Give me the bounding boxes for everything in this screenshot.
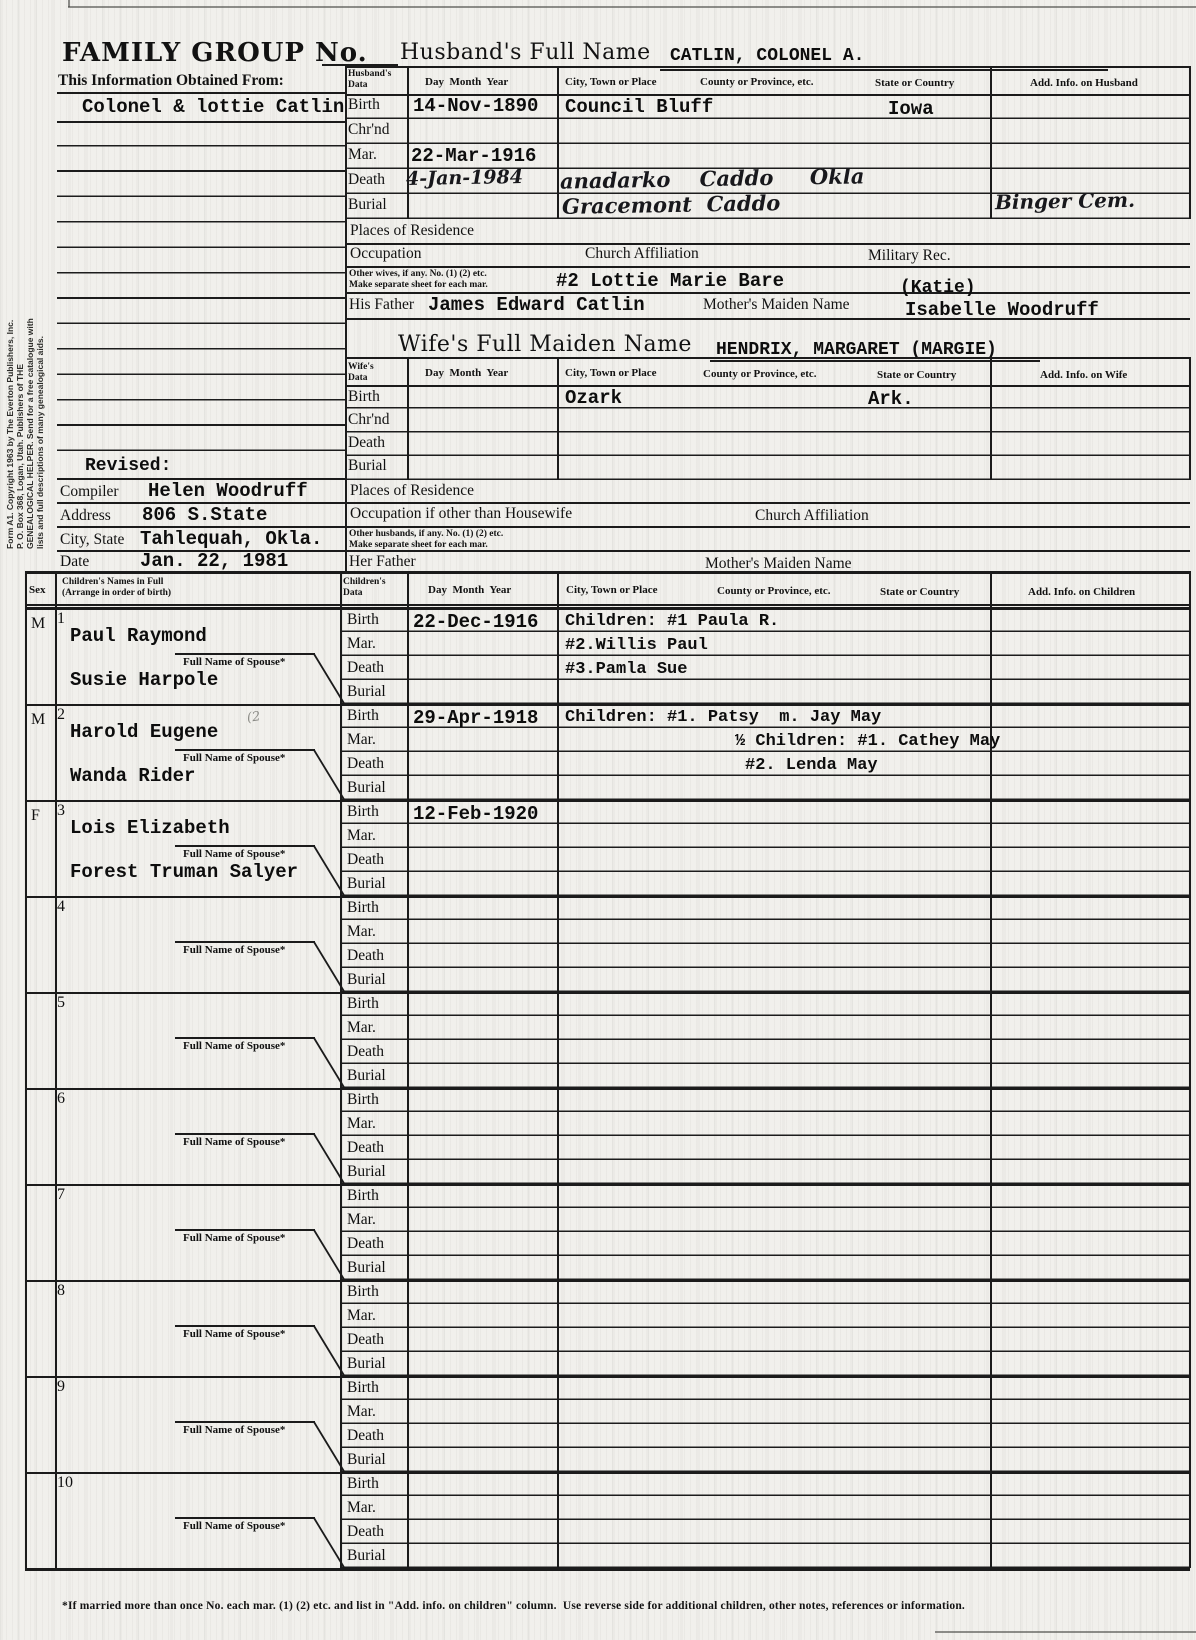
spouse-rule — [175, 1133, 315, 1135]
table-left-edge — [345, 66, 347, 571]
spouse-rule — [175, 1421, 315, 1423]
child-note: Children: #1 Paula R. — [565, 612, 779, 631]
mar-label: Mar. — [347, 1499, 376, 1517]
wife-row-rules — [345, 385, 1190, 480]
burial-label: Burial — [347, 1355, 386, 1373]
child-number: 8 — [57, 1282, 65, 1300]
burial-label: Burial — [347, 971, 386, 989]
husband-birth-date: 14-Nov-1890 — [413, 95, 538, 117]
wife-table-top — [345, 357, 1190, 359]
husband-mother-label: Mother's Maiden Name — [703, 296, 850, 314]
child-number: 10 — [57, 1474, 73, 1492]
husband-death-date-handwritten: 4-Jan-1984 — [406, 166, 523, 190]
mar-label: Mar. — [347, 1019, 376, 1037]
child-birth-date: 29-Apr-1918 — [413, 707, 538, 729]
child-note: Children: #1. Patsy m. Jay May — [565, 708, 881, 727]
spouse-label: Full Name of Spouse* — [183, 1040, 285, 1052]
his-father-label: His Father — [349, 296, 414, 314]
husband-military-label: Military Rec. — [868, 247, 951, 265]
other-wives-note: (Katie) — [900, 278, 976, 298]
mar-label: Mar. — [347, 827, 376, 845]
child-row-5: 5 Full Name of Spouse* Birth Mar. Death … — [25, 992, 1190, 1090]
child-number: 1 — [57, 610, 65, 628]
revised-label: Revised: — [85, 456, 171, 476]
birth-label: Birth — [347, 1475, 379, 1493]
col-addinfo-header: Add. Info. on Wife — [1040, 369, 1127, 381]
divider — [407, 357, 409, 480]
table-right-edge — [1189, 66, 1191, 219]
child-row-6: 6 Full Name of Spouse* Birth Mar. Death … — [25, 1088, 1190, 1186]
diagonal-rule — [313, 653, 347, 706]
child-row-3: F 3 Lois Elizabeth Full Name of Spouse* … — [25, 800, 1190, 898]
address-value: 806 S.State — [142, 504, 267, 526]
child-number: 7 — [57, 1186, 65, 1204]
wife-residence-label: Places of Residence — [350, 482, 474, 500]
husband-chrnd-label: Chr'nd — [348, 121, 390, 139]
mar-label: Mar. — [347, 923, 376, 941]
her-father-label: Her Father — [349, 553, 416, 571]
wife-church-label: Church Affiliation — [755, 507, 869, 525]
death-label: Death — [347, 947, 384, 965]
death-label: Death — [347, 659, 384, 677]
col-county-header: County or Province, etc. — [717, 585, 831, 597]
husband-birth-label: Birth — [348, 96, 380, 114]
death-label: Death — [347, 851, 384, 869]
child-birth-date: 22-Dec-1916 — [413, 611, 538, 633]
burial-label: Burial — [347, 1547, 386, 1565]
spouse-label: Full Name of Spouse* — [183, 1232, 285, 1244]
spouse-rule — [175, 941, 315, 943]
child-row-4: 4 Full Name of Spouse* Birth Mar. Death … — [25, 896, 1190, 994]
husband-church-label: Church Affiliation — [585, 245, 699, 263]
husband-name-underline — [660, 69, 1108, 71]
rule — [57, 92, 345, 94]
compiler-label: Compiler — [60, 483, 119, 501]
spouse-name: Wanda Rider — [70, 765, 195, 787]
child-number: 4 — [57, 898, 65, 916]
husband-name-label: Husband's Full Name — [400, 40, 651, 65]
divider — [990, 357, 992, 480]
sex-header: Sex — [29, 584, 46, 596]
top-edge-tick — [68, 0, 70, 7]
wife-birth-label: Birth — [348, 388, 380, 406]
child-row-8: 8 Full Name of Spouse* Birth Mar. Death … — [25, 1280, 1190, 1378]
city-state-label: City, State — [60, 531, 124, 549]
death-label: Death — [347, 1523, 384, 1541]
col-state-header: State or Country — [880, 586, 959, 598]
divider — [990, 66, 992, 219]
spouse-name: Forest Truman Salyer — [70, 861, 298, 883]
husband-residence-label: Places of Residence — [350, 222, 474, 240]
mar-label: Mar. — [347, 635, 376, 653]
date-label: Date — [60, 553, 89, 571]
address-label: Address — [60, 507, 111, 525]
wife-death-label: Death — [348, 434, 385, 452]
burial-label: Burial — [347, 875, 386, 893]
spouse-label: Full Name of Spouse* — [183, 752, 285, 764]
diagonal-rule — [313, 1037, 347, 1090]
husband-table-top — [345, 66, 1190, 68]
child-number: 2 — [57, 706, 65, 724]
burial-label: Burial — [347, 1259, 386, 1277]
child-number: 5 — [57, 994, 65, 1012]
col-state-header: State or Country — [875, 77, 954, 89]
child-name: Paul Raymond — [70, 625, 207, 647]
child-sex: M — [31, 615, 45, 633]
family-group-sheet: Form A1. Copyright 1963 by The Everton P… — [0, 0, 1196, 1640]
rule — [345, 526, 1190, 528]
child-number: 6 — [57, 1090, 65, 1108]
footer-note: *If married more than once No. each mar.… — [62, 1600, 965, 1612]
blank-ruled-lines — [57, 121, 345, 458]
wife-burial-label: Burial — [348, 457, 387, 475]
rule — [345, 502, 1190, 504]
spouse-rule — [175, 1229, 315, 1231]
divider — [557, 66, 559, 219]
children-table-top — [25, 571, 1190, 574]
husband-birth-state: Iowa — [888, 98, 934, 120]
copyright-sidebar: Form A1. Copyright 1963 by The Everton P… — [5, 287, 47, 549]
burial-label: Burial — [347, 683, 386, 701]
spouse-rule — [175, 653, 315, 655]
mar-label: Mar. — [347, 1307, 376, 1325]
bottom-edge-rule — [935, 1631, 1196, 1633]
rule — [345, 550, 1190, 552]
mar-label: Mar. — [347, 1211, 376, 1229]
child-note: #3.Pamla Sue — [565, 660, 687, 679]
wife-name-label: Wife's Full Maiden Name — [398, 332, 692, 357]
husband-death-place-handwritten: anadarko Caddo Okla — [560, 163, 865, 193]
spouse-rule — [175, 1037, 315, 1039]
pencil-mark: (2 — [246, 709, 261, 726]
spouse-label: Full Name of Spouse* — [183, 1520, 285, 1532]
col-city-header: City, Town or Place — [565, 367, 656, 379]
wife-chrnd-label: Chr'nd — [348, 411, 390, 429]
col-date-header: Day Month Year — [425, 76, 508, 88]
col-addinfo-header: Add. Info. on Husband — [1030, 77, 1138, 89]
other-wives-value: #2 Lottie Marie Bare — [556, 270, 784, 292]
burial-label: Burial — [347, 1451, 386, 1469]
col-city-header: City, Town or Place — [565, 76, 656, 88]
child-name: Harold Eugene — [70, 721, 218, 743]
top-edge-rule — [68, 6, 1196, 8]
spouse-rule — [175, 749, 315, 751]
death-label: Death — [347, 1139, 384, 1157]
birth-label: Birth — [347, 1283, 379, 1301]
husband-mar-label: Mar. — [348, 146, 377, 164]
children-table-bottom — [25, 1568, 1190, 1571]
child-number: 3 — [57, 802, 65, 820]
husband-mar-date: 22-Mar-1916 — [411, 145, 536, 167]
death-label: Death — [347, 1235, 384, 1253]
col-city-header: City, Town or Place — [566, 584, 657, 596]
death-label: Death — [347, 1043, 384, 1061]
wife-birth-city: Ozark — [565, 387, 622, 409]
diagonal-rule — [313, 1517, 347, 1570]
spouse-name: Susie Harpole — [70, 669, 218, 691]
birth-label: Birth — [347, 1379, 379, 1397]
child-name: Lois Elizabeth — [70, 817, 230, 839]
child-number: 9 — [57, 1378, 65, 1396]
child-sex: M — [31, 711, 45, 729]
source-value: Colonel & lottie Catlin — [82, 96, 344, 118]
date-value: Jan. 22, 1981 — [140, 550, 288, 572]
child-sex: F — [31, 807, 40, 825]
other-wives-label: Other wives, if any. No. (1) (2) etc. Ma… — [349, 269, 488, 290]
burial-label: Burial — [347, 1163, 386, 1181]
col-county-header: County or Province, etc. — [700, 76, 814, 88]
husband-name-value: CATLIN, COLONEL A. — [670, 46, 864, 66]
compiler-value: Helen Woodruff — [148, 480, 308, 502]
children-names-header: Children's Names in Full (Arrange in ord… — [62, 577, 171, 598]
diagonal-rule — [313, 1229, 347, 1282]
spouse-rule — [175, 845, 315, 847]
death-label: Death — [347, 755, 384, 773]
husband-mother-value: Isabelle Woodruff — [905, 299, 1099, 321]
rule — [345, 243, 1190, 245]
spouse-label: Full Name of Spouse* — [183, 1328, 285, 1340]
child-row-7: 7 Full Name of Spouse* Birth Mar. Death … — [25, 1184, 1190, 1282]
mar-label: Mar. — [347, 1115, 376, 1133]
col-date-header: Day Month Year — [428, 584, 511, 596]
birth-label: Birth — [347, 611, 379, 629]
husband-burial-addinfo-handwritten: Binger Cem. — [995, 188, 1135, 214]
child-note: ½ Children: #1. Cathey May — [735, 732, 1000, 751]
husband-data-header: Husband's Data — [348, 69, 391, 90]
divider — [557, 357, 559, 480]
child-row-1: M 1 Paul Raymond Full Name of Spouse* Su… — [25, 608, 1190, 706]
child-birth-date: 12-Feb-1920 — [413, 803, 538, 825]
mar-label: Mar. — [347, 731, 376, 749]
husband-burial-place-handwritten: Gracemont Caddo — [562, 190, 781, 219]
child-row-9: 9 Full Name of Spouse* Birth Mar. Death … — [25, 1376, 1190, 1474]
wife-occupation-label: Occupation if other than Housewife — [350, 505, 572, 523]
birth-label: Birth — [347, 707, 379, 725]
spouse-rule — [175, 1325, 315, 1327]
death-label: Death — [347, 1427, 384, 1445]
diagonal-rule — [313, 1325, 347, 1378]
child-row-10: 10 Full Name of Spouse* Birth Mar. Death… — [25, 1472, 1190, 1570]
husband-burial-label: Burial — [348, 196, 387, 214]
table-right-edge — [1189, 357, 1191, 480]
death-label: Death — [347, 1331, 384, 1349]
husband-death-label: Death — [348, 171, 385, 189]
birth-label: Birth — [347, 995, 379, 1013]
spouse-label: Full Name of Spouse* — [183, 1136, 285, 1148]
child-note: #2.Willis Paul — [565, 636, 708, 655]
col-county-header: County or Province, etc. — [703, 368, 817, 380]
spouse-label: Full Name of Spouse* — [183, 848, 285, 860]
wife-data-header: Wife's Data — [348, 362, 374, 383]
child-row-2: M 2 Harold Eugene (2 Full Name of Spouse… — [25, 704, 1190, 802]
children-data-header: Children's Data — [343, 577, 386, 598]
source-label: This Information Obtained From: — [58, 72, 284, 90]
header-double-rule — [25, 604, 1190, 606]
child-note: #2. Lenda May — [745, 756, 878, 775]
diagonal-rule — [313, 1421, 347, 1474]
mar-label: Mar. — [347, 1403, 376, 1421]
birth-label: Birth — [347, 1187, 379, 1205]
spouse-label: Full Name of Spouse* — [183, 944, 285, 956]
burial-label: Burial — [347, 779, 386, 797]
spouse-label: Full Name of Spouse* — [183, 1424, 285, 1436]
husband-birth-city: Council Bluff — [565, 96, 713, 118]
birth-label: Birth — [347, 1091, 379, 1109]
rule — [345, 266, 1190, 268]
diagonal-rule — [313, 941, 347, 994]
diagonal-rule — [313, 1133, 347, 1186]
wife-birth-state: Ark. — [868, 388, 914, 410]
divider — [407, 66, 409, 219]
city-state-value: Tahlequah, Okla. — [140, 528, 322, 550]
birth-label: Birth — [347, 899, 379, 917]
col-state-header: State or Country — [877, 369, 956, 381]
birth-label: Birth — [347, 803, 379, 821]
burial-label: Burial — [347, 1067, 386, 1085]
col-addinfo-header: Add. Info. on Children — [1028, 586, 1135, 598]
col-date-header: Day Month Year — [425, 367, 508, 379]
other-husbands-label: Other husbands, if any. No. (1) (2) etc.… — [349, 529, 503, 550]
diagonal-rule — [313, 749, 347, 802]
spouse-label: Full Name of Spouse* — [183, 656, 285, 668]
his-father-value: James Edward Catlin — [428, 294, 645, 316]
diagonal-rule — [313, 845, 347, 898]
spouse-rule — [175, 1517, 315, 1519]
husband-occupation-label: Occupation — [350, 245, 421, 263]
